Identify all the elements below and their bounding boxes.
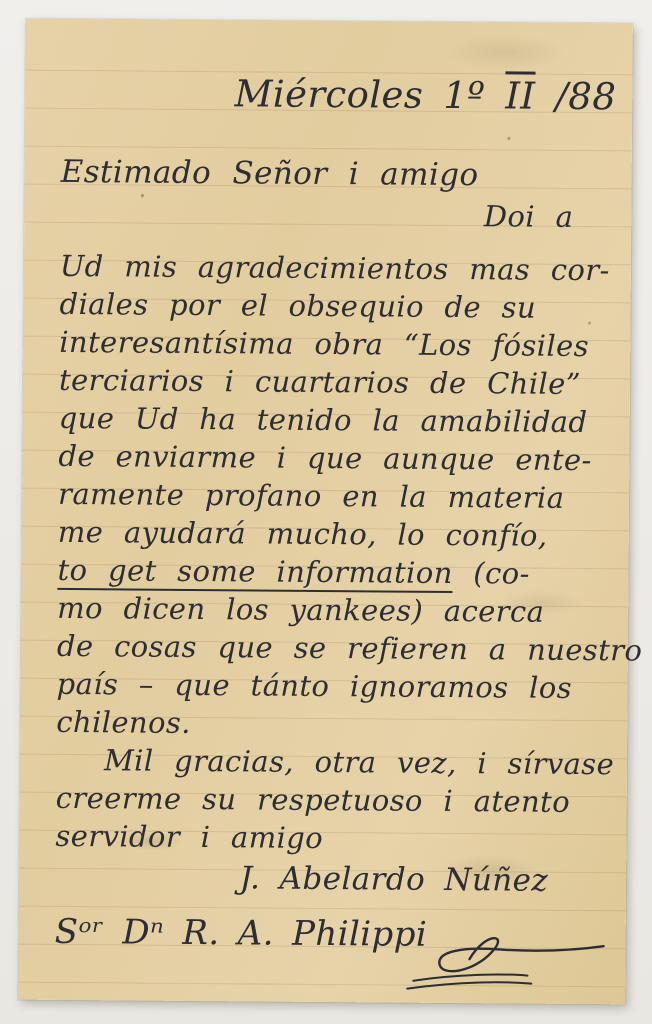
letter-line: terciarios i cuartarios de Chile” [59,361,606,403]
letter-line-with-underline: to get some information (co- [57,551,604,593]
signature: J. Abelardo Núñez [55,855,602,903]
date-month-roman-numeral: II [505,74,535,117]
letter-line: ramente profano en la materia [58,475,605,517]
letter-line: diales por el obsequio de su [59,285,606,327]
letter-line: país – que tánto ignoramos los [56,665,603,707]
closing-line: creerme su respetuoso i atento [56,779,603,821]
scanned-letter-background: Miércoles 1º II /88 Estimado Señor i ami… [0,0,652,1024]
letter-body: Estimado Señor i amigo Doi a Ud mis agra… [55,151,608,959]
closing-line: servidor i amigo [55,817,602,859]
letter-paper: Miércoles 1º II /88 Estimado Señor i ami… [18,19,633,1005]
date-line: Miércoles 1º II /88 [234,72,616,118]
letter-line: de cosas que se refieren a nuestro [57,627,604,669]
letter-line: de enviarme i que aunque ente- [58,437,605,479]
opening-words: Doi a [60,193,607,237]
closing-line: Mil gracias, otra vez, i sírvase [56,741,603,783]
letter-line: que Ud ha tenido la amabilidad [59,399,606,441]
date-year: /88 [555,75,616,118]
letter-line: mo dicen los yankees) acerca [57,589,604,631]
salutation: Estimado Señor i amigo [60,151,607,197]
letter-line: chilenos. [56,703,603,745]
after-underline-text: (co- [453,556,530,591]
signature-flourish-paraph [405,923,612,999]
letter-line: me ayudará mucho, lo confío, [58,513,605,555]
letter-line: interesantísima obra “Los fósiles [59,323,606,365]
letter-line: Ud mis agradecimientos mas cor- [60,247,607,289]
underlined-english-phrase: to get some information [57,553,452,593]
date-day: Miércoles 1º [234,72,485,117]
